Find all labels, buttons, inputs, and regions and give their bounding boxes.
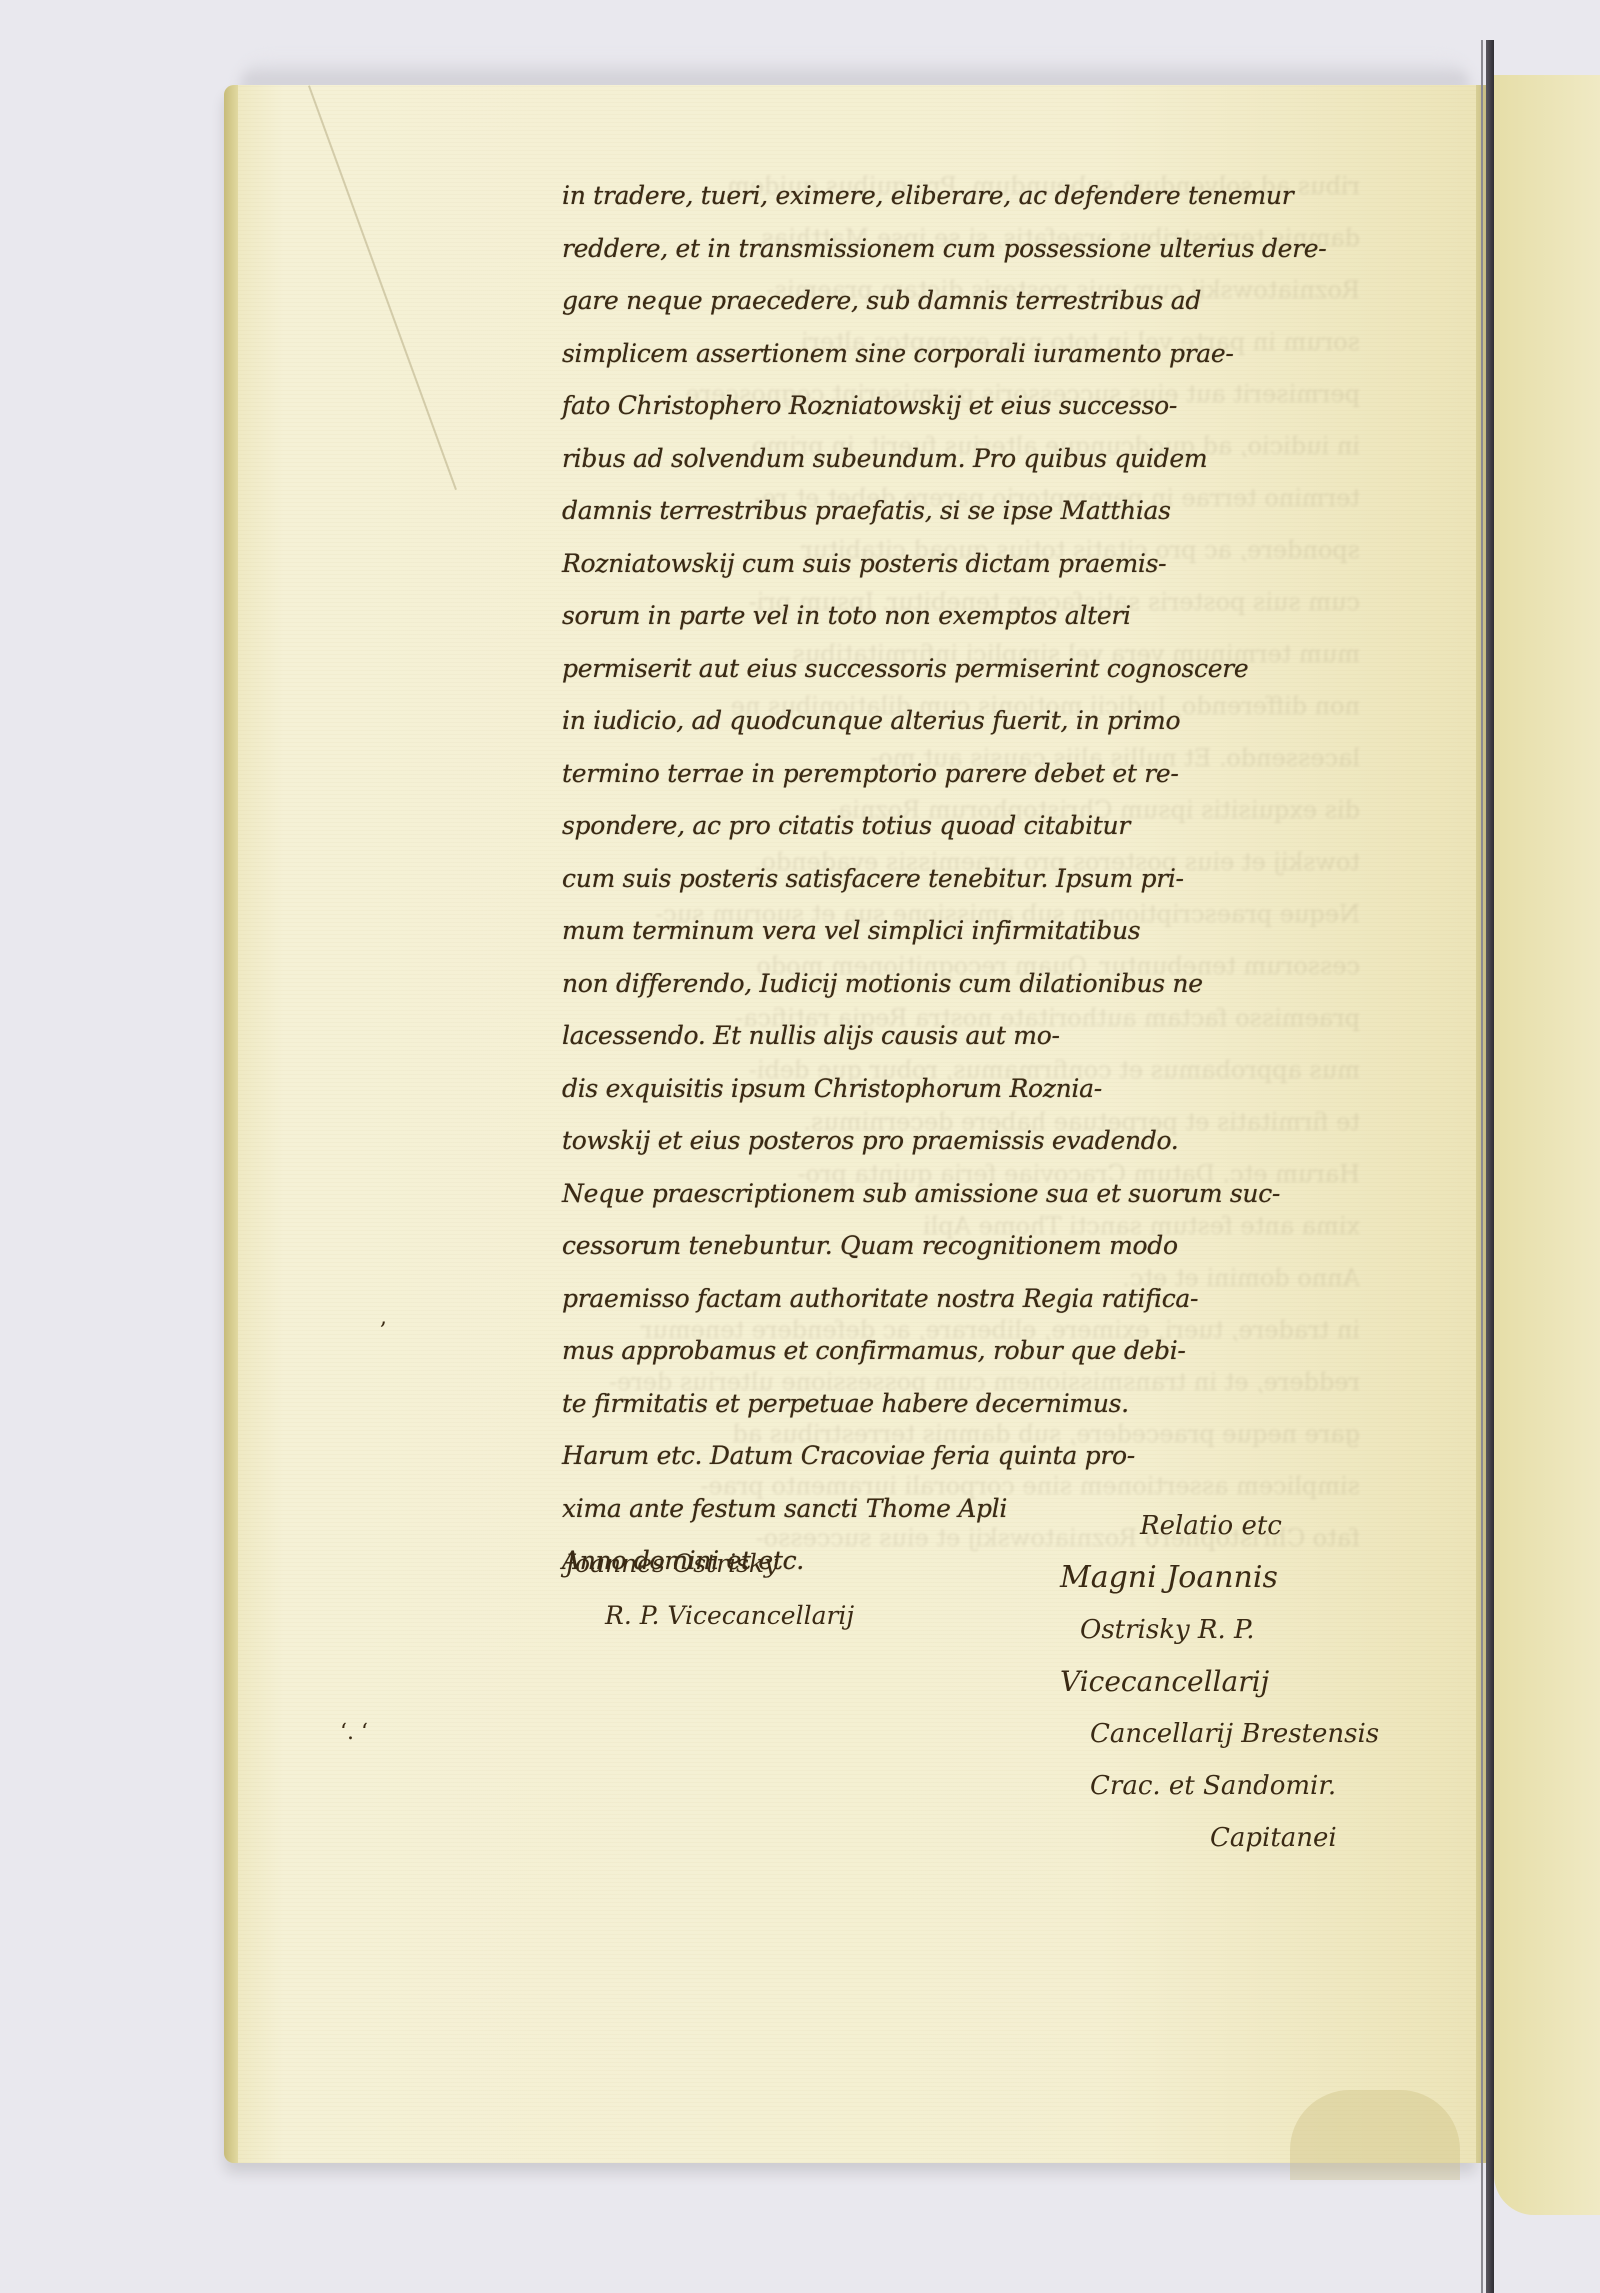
manuscript-line: ribus ad solvendum subeundum. Pro quibus… (562, 433, 1292, 486)
manuscript-line: spondere, ac pro citatis totius quoad ci… (562, 800, 1292, 853)
manuscript-line: gare neque praecedere, sub damnis terres… (562, 275, 1292, 328)
facing-page (1494, 75, 1600, 2215)
signature-right-line: Cancellarij Brestensis (1060, 1708, 1379, 1760)
manuscript-body: in tradere, tueri, eximere, eliberare, a… (562, 170, 1292, 1588)
signature-right-line: Vicecancellarij (1060, 1656, 1379, 1708)
signature-left-line: Joannes Ostrisky (565, 1538, 854, 1590)
manuscript-line: simplicem assertionem sine corporali iur… (562, 328, 1292, 381)
signature-right: Relatio etc Magni Joannis Ostrisky R. P.… (1060, 1500, 1379, 1864)
manuscript-line: permiserit aut eius successoris permiser… (562, 643, 1292, 696)
manuscript-line: termino terrae in peremptorio parere deb… (562, 748, 1292, 801)
signature-right-line: Ostrisky R. P. (1060, 1604, 1379, 1656)
manuscript-line: praemisso factam authoritate nostra Regi… (562, 1273, 1292, 1326)
gutter-line (1481, 40, 1483, 2293)
binding-spine (1486, 40, 1494, 2293)
water-stain (1290, 2090, 1460, 2180)
manuscript-line: Rozniatowskij cum suis posteris dictam p… (562, 538, 1292, 591)
manuscript-line: sorum in parte vel in toto non exemptos … (562, 590, 1292, 643)
manuscript-line: dis exquisitis ipsum Christophorum Rozni… (562, 1063, 1292, 1116)
manuscript-line: non differendo, Iudicij motionis cum dil… (562, 958, 1292, 1011)
signature-right-line: Crac. et Sandomir. (1060, 1760, 1379, 1812)
margin-mark: , (380, 1305, 387, 1330)
signature-right-line: Capitanei (1060, 1812, 1379, 1864)
manuscript-line: in iudicio, ad quodcunque alterius fueri… (562, 695, 1292, 748)
signature-right-line: Magni Joannis (1060, 1552, 1379, 1604)
top-shadow (240, 58, 1470, 88)
page-edge (224, 85, 238, 2163)
signature-right-line: Relatio etc (1060, 1500, 1379, 1552)
manuscript-line: fato Christophero Rozniatowskij et eius … (562, 380, 1292, 433)
manuscript-line: te firmitatis et perpetuae habere decern… (562, 1378, 1292, 1431)
manuscript-line: cum suis posteris satisfacere tenebitur.… (562, 853, 1292, 906)
manuscript-line: mum terminum vera vel simplici infirmita… (562, 905, 1292, 958)
manuscript-line: reddere, et in transmissionem cum posses… (562, 223, 1292, 276)
manuscript-line: lacessendo. Et nullis alijs causis aut m… (562, 1010, 1292, 1063)
manuscript-line: Neque praescriptionem sub amissione sua … (562, 1168, 1292, 1221)
manuscript-line: in tradere, tueri, eximere, eliberare, a… (562, 170, 1292, 223)
manuscript-line: damnis terrestribus praefatis, si se ips… (562, 485, 1292, 538)
signature-left-line: R. P. Vicecancellarij (565, 1590, 854, 1642)
manuscript-line: mus approbamus et confirmamus, robur que… (562, 1325, 1292, 1378)
margin-mark: ʻ. ʻ (340, 1720, 368, 1745)
manuscript-line: Harum etc. Datum Cracoviae feria quinta … (562, 1430, 1292, 1483)
manuscript-line: cessorum tenebuntur. Quam recognitionem … (562, 1220, 1292, 1273)
signature-left: Joannes Ostrisky R. P. Vicecancellarij (565, 1538, 854, 1642)
manuscript-line: towskij et eius posteros pro praemissis … (562, 1115, 1292, 1168)
